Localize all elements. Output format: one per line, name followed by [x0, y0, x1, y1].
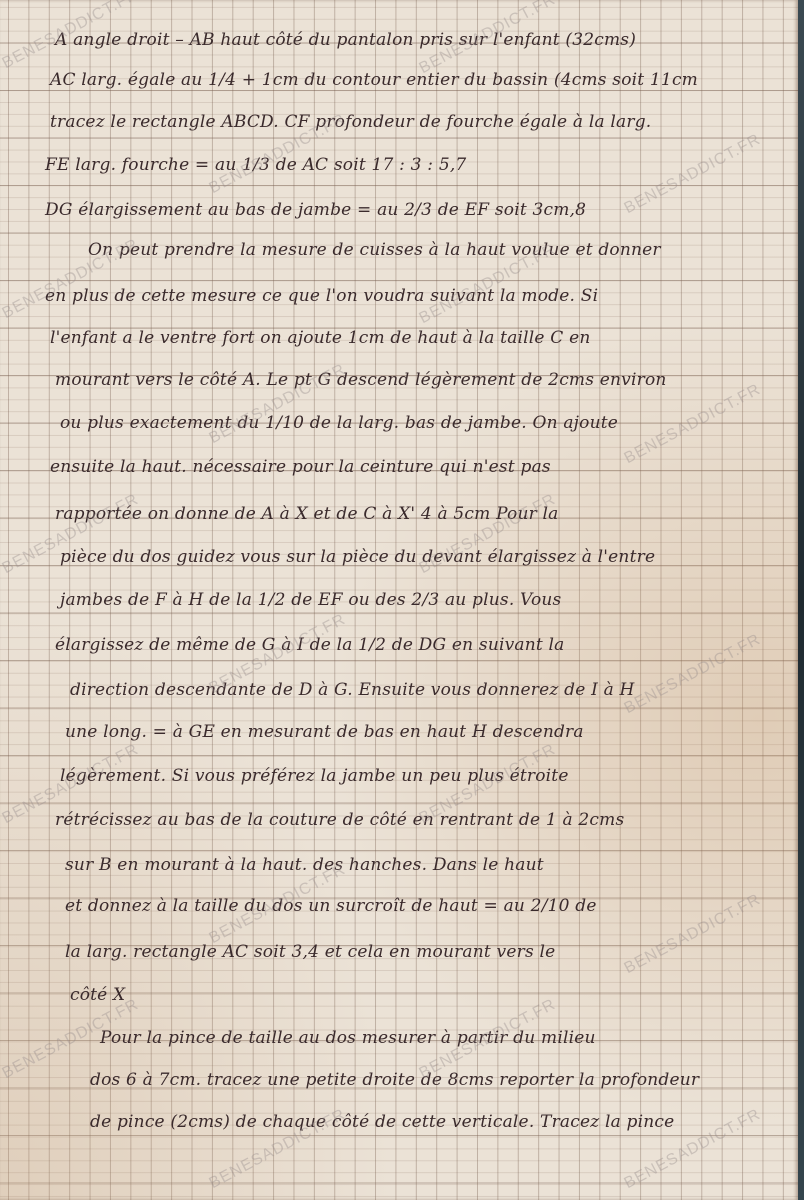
text-line: et donnez à la taille du dos un surcroît… [65, 896, 597, 916]
text-line: de pince (2cms) de chaque côté de cette … [90, 1112, 674, 1132]
text-line: A angle droit – AB haut côté du pantalon… [55, 30, 636, 50]
text-line: l'enfant a le ventre fort on ajoute 1cm … [50, 328, 591, 348]
watermark-text: BENESADDICT.FR [622, 891, 764, 978]
text-line: rétrécissez au bas de la couture de côté… [55, 810, 624, 830]
text-line: mourant vers le côté A. Le pt G descend … [55, 370, 667, 390]
page-edge-background [798, 0, 804, 1200]
text-line: direction descendante de D à G. Ensuite … [70, 680, 635, 700]
text-line: AC larg. égale au 1/4 + 1cm du contour e… [50, 70, 698, 90]
text-line: DG élargissement au bas de jambe = au 2/… [45, 200, 586, 220]
text-line: FE larg. fourche = au 1/3 de AC soit 17 … [45, 155, 466, 175]
watermark-text: BENESADDICT.FR [622, 381, 764, 468]
watermark-text: BENESADDICT.FR [622, 131, 764, 218]
text-line: la larg. rectangle AC soit 3,4 et cela e… [65, 942, 555, 962]
text-line: dos 6 à 7cm. tracez une petite droite de… [90, 1070, 699, 1090]
text-line: pièce du dos guidez vous sur la pièce du… [60, 547, 655, 567]
text-line: rapportée on donne de A à X et de C à X'… [55, 504, 559, 524]
text-line: On peut prendre la mesure de cuisses à l… [88, 240, 661, 260]
text-line: une long. = à GE en mesurant de bas en h… [65, 722, 584, 742]
text-line: élargissez de même de G à I de la 1/2 de… [55, 635, 565, 655]
text-line: ensuite la haut. nécessaire pour la cein… [50, 457, 551, 477]
text-line: jambes de F à H de la 1/2 de EF ou des 2… [60, 590, 562, 610]
text-line: Pour la pince de taille au dos mesurer à… [100, 1028, 596, 1048]
text-line: sur B en mourant à la haut. des hanches.… [65, 855, 544, 875]
text-line: côté X [70, 985, 125, 1005]
text-line: ou plus exactement du 1/10 de la larg. b… [60, 413, 618, 433]
text-line: en plus de cette mesure ce que l'on voud… [45, 286, 598, 306]
notebook-page: A angle droit – AB haut côté du pantalon… [0, 0, 798, 1200]
text-line: tracez le rectangle ABCD. CF profondeur … [50, 112, 651, 132]
text-line: légèrement. Si vous préférez la jambe un… [60, 766, 569, 786]
watermark-text: BENESADDICT.FR [622, 631, 764, 718]
